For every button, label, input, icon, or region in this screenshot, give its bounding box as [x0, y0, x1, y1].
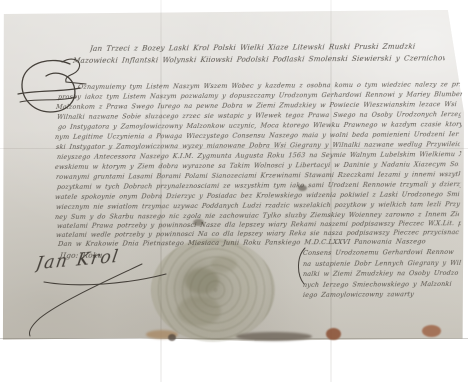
docket-line: nalki w Ziemi Zmudzkiey na Osoby Urodzo [303, 269, 462, 278]
signature-flourish [18, 258, 178, 340]
ink-smudge [298, 185, 307, 191]
seal-blotch [185, 268, 219, 294]
edge-stain [236, 332, 312, 341]
edge-stain [326, 328, 341, 340]
docket-line: Consens Urodzonemu Gerhardowi Rennow [303, 248, 462, 257]
seal-blotch [211, 256, 237, 272]
ink-smudge [193, 219, 204, 226]
docket-line: na ustapienie Dobr Lennych Giegrany y Wi… [303, 258, 462, 267]
edge-stain [422, 325, 441, 337]
seal-blotch [177, 296, 221, 326]
manuscript-photo: Jan Trzeci z Bozey Laski Krol Polski Wie… [0, 0, 468, 382]
docket-line: iego Zamoylowiczowny zawarty [303, 290, 462, 299]
edge-stain [168, 334, 176, 341]
docket-brace [294, 246, 308, 286]
docket-line: nych Ierzego Smiechowskiego y Malzonki [303, 279, 462, 288]
